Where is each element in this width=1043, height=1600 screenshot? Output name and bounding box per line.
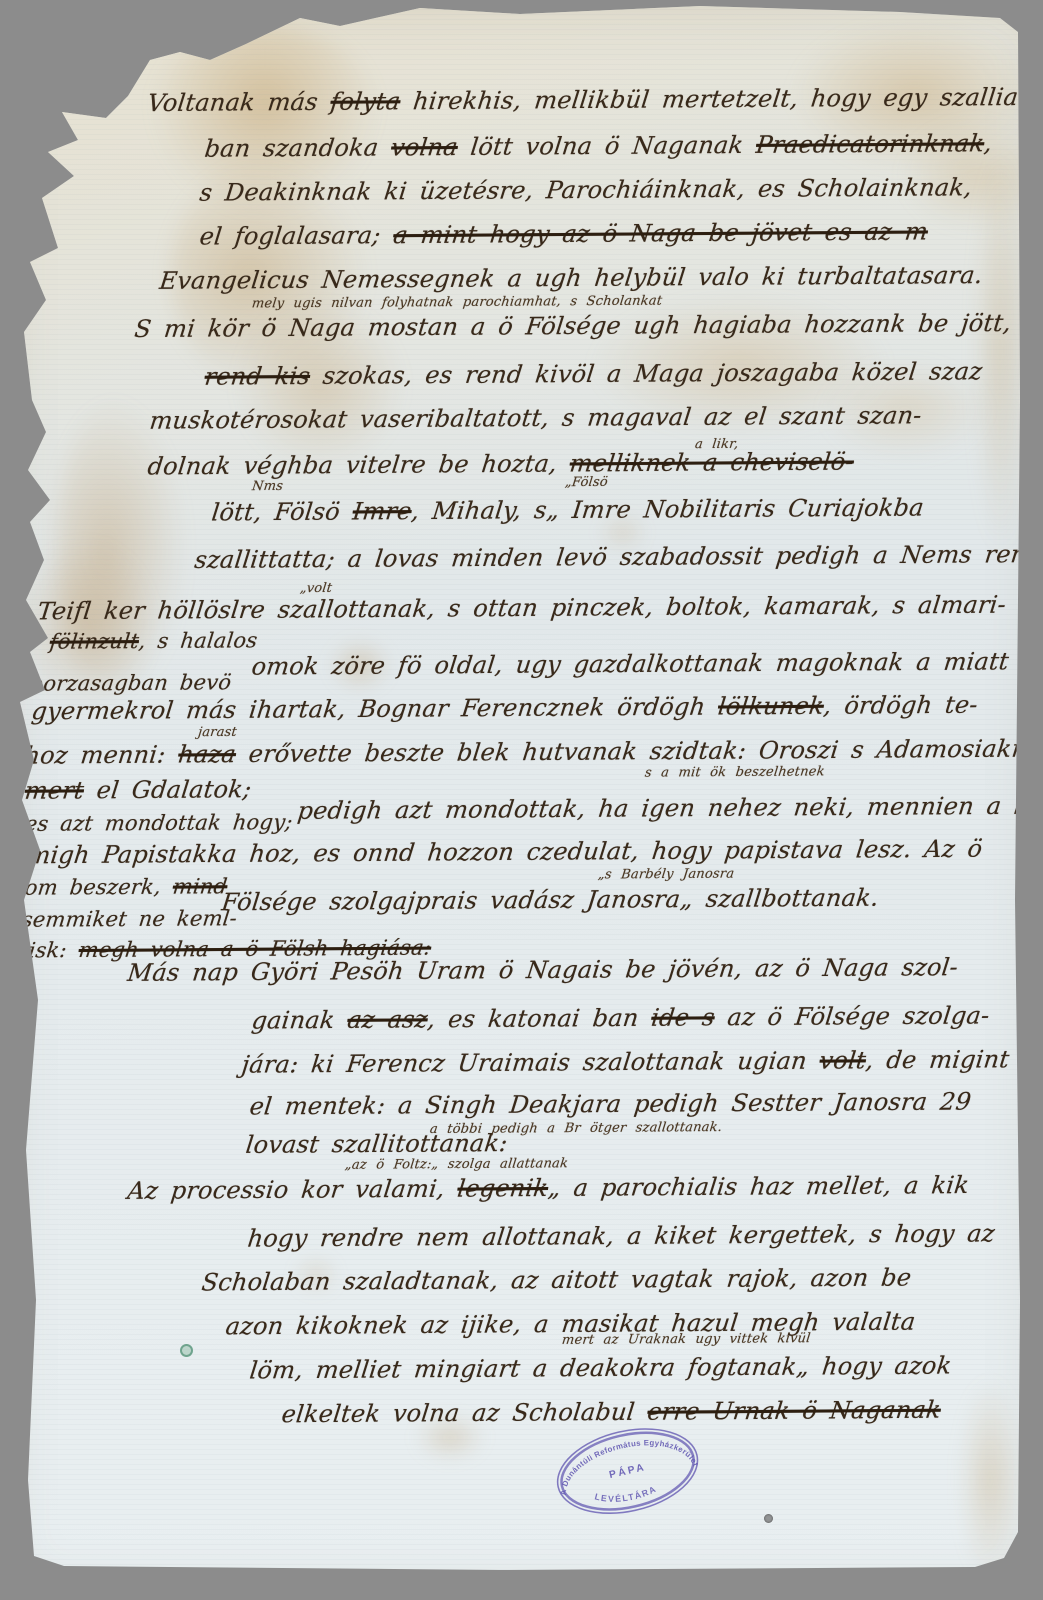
handwritten-line: mert az Uraknak ugy vittek kivül [561, 1332, 811, 1347]
handwritten-line: hoz menni: haza erővette beszte blek hut… [23, 736, 1043, 768]
handwritten-line: mely ugis nilvan folyhatnak parochiamhat… [251, 295, 663, 312]
handwritten-line: „az ö Foltz:„ szolga allattanak [344, 1157, 569, 1172]
handwritten-line: s a mit ök beszelhetnek [644, 765, 825, 780]
handwritten-line: Más nap Györi Pesöh Uram ö Nagais be jöv… [126, 955, 959, 986]
page-number-pencil: 28 [69, 49, 120, 97]
handwritten-line: „Fölsö [564, 476, 608, 490]
handwritten-line: el mentek: a Singh Deakjara pedigh Sestt… [248, 1089, 972, 1119]
handwritten-line: s Deakinknak ki üzetésre, Parochiáinknak… [198, 175, 973, 206]
handwritten-line: omok zöre fö oldal, ugy gazdalkottanak m… [250, 649, 1010, 679]
handwritten-line: „s Barbély Janosra [597, 868, 735, 883]
handwritten-line: muskotérosokat vaseribaltatott, s magava… [148, 403, 923, 434]
archive-stamp: A Dunántúli Református Egyházkerület PÁP… [541, 1408, 715, 1539]
handwritten-line: Az processio kor valami, legenik„ a paro… [126, 1173, 970, 1204]
handwritten-line: gyermekrol más ihartak, Bognar Ferenczne… [30, 693, 979, 725]
handwritten-line: jára: ki Ferencz Uraimais szalottanak ug… [240, 1047, 1010, 1078]
handwritten-line: borzasagban bevö [29, 671, 233, 694]
handwritten-line: lött, Fölsö Imre, Mihaly, s„ Imre Nobili… [210, 496, 925, 526]
stamp-bottom-text: LEVÉLTÁRA [592, 1478, 660, 1511]
handwritten-line: Fölsége szolgajprais vadász Janosra„ sza… [220, 886, 880, 916]
handwritten-line: Nms [251, 480, 284, 494]
handwritten-line: mert el Gdalatok; [23, 777, 252, 804]
manuscript-page: 28 Voltanak más folyta hirekhis, mellikb… [0, 0, 1043, 1600]
handwritten-line: szallittatta; a lovas minden levö szabad… [193, 542, 1043, 573]
handwritten-line: dolnak véghba vitelre be hozta, mellikne… [146, 450, 855, 480]
handwritten-line: rend kis szokas, es rend kivöl a Maga jo… [203, 359, 983, 390]
handwritten-line: elkeltek volna az Scholabul erre Urnak ö… [280, 1398, 942, 1428]
stain-blob [55, 400, 185, 700]
handwritten-line: hogy rendre nem allottanak, a kiket kerg… [246, 1221, 996, 1251]
handwritten-line: löm, melliet mingiart a deakokra fogtana… [248, 1354, 953, 1384]
handwritten-line: jarast [197, 726, 237, 740]
stain-blob [960, 1380, 1020, 1580]
handwritten-line: pedigh azt mondottak, ha igen nehez neki… [296, 793, 1043, 824]
green-dot-mark [180, 1344, 193, 1357]
page-number: 28 [78, 57, 112, 89]
handwritten-line: es azt mondottak hogy; [24, 811, 294, 835]
handwritten-line: el foglalasara; a mint hogy az ö Naga be… [198, 219, 929, 249]
gray-dot-mark [764, 1514, 773, 1523]
handwritten-line: om beszerk, mind [24, 875, 229, 898]
stamp-center-text: PÁPA [608, 1460, 647, 1481]
handwritten-line: ban szandoka volna lött volna ö Naganak … [203, 131, 993, 162]
handwritten-line: fölinzult, s halalos [49, 629, 259, 652]
handwritten-line: gainak az asz, es katonai ban ide s az ö… [250, 1003, 991, 1033]
handwritten-line: Evangelicus Nemessegnek a ugh helybül va… [158, 263, 984, 294]
handwritten-line: migh Papistakka hoz, es onnd hozzon czed… [26, 837, 984, 869]
stain-blob [975, 150, 1025, 550]
scanned-document: 28 Voltanak más folyta hirekhis, mellikb… [0, 0, 1043, 1600]
svg-text:LEVÉLTÁRA: LEVÉLTÁRA [592, 1478, 660, 1511]
handwritten-line: semmiket ne keml- [21, 907, 239, 931]
handwritten-line: Scholaban szaladtanak, az aitott vagtak … [200, 1266, 912, 1296]
handwritten-line: S mi kör ö Naga mostan a ö Fölsége ugh h… [133, 311, 1012, 342]
handwritten-line: „volt [299, 582, 333, 596]
handwritten-line: Voltanak más folyta hirekhis, mellikbül … [146, 85, 1028, 116]
handwritten-line: a többi pedigh a Br ötger szallottanak. [429, 1121, 723, 1137]
handwritten-line: Teifl ker höllöslre szallottanak, s otta… [36, 593, 1007, 625]
